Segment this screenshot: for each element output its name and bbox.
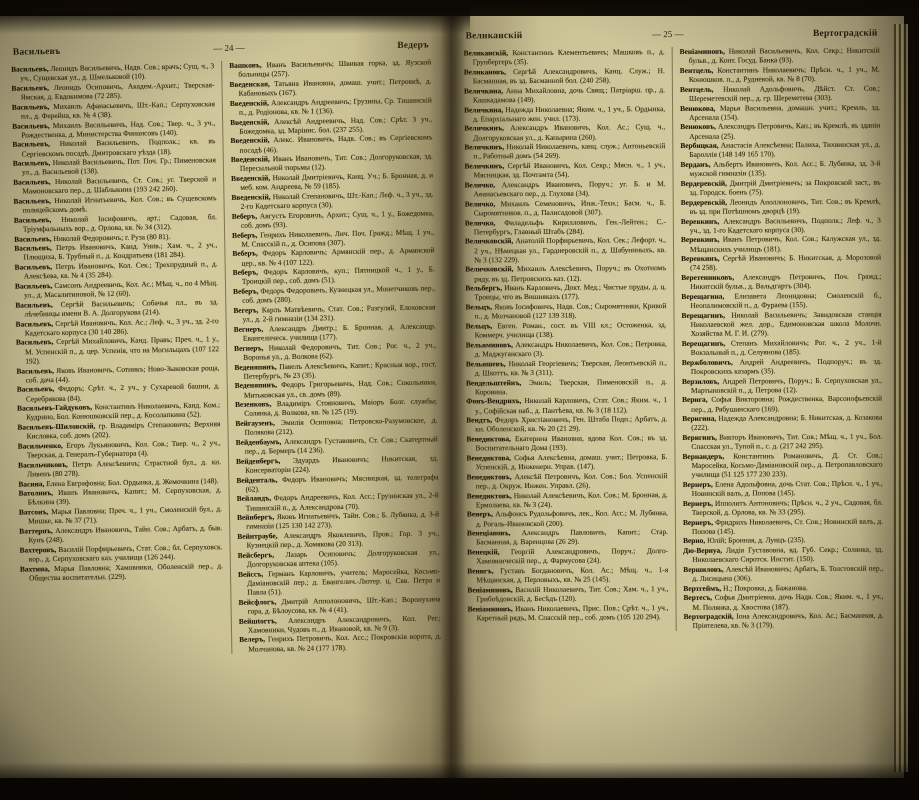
directory-entry: Вертесъ, Софья Дмитріевна, дочь Надв. Со… [683,592,883,612]
entry-surname: Верещагина, [681,292,724,301]
directory-entry: Вержболовичъ, Андрей Андреевичъ, Подпору… [682,356,882,376]
directory-entry: Венедиктовъ, Алексѣй Петровичъ, Кол. Сов… [467,471,668,491]
entry-surname: Величковскій, [465,237,513,246]
entry-surname: Веберъ, [232,211,258,220]
entry-surname: Васильевъ-Шиловскій, [17,421,95,431]
directory-entry: Великановъ, Сергѣй Александровичъ, Канц.… [464,66,665,86]
entry-surname: Вейденбаумъ, [236,437,282,447]
entry-surname: Венигъ, [467,566,493,575]
entry-surname: Величкинъ, [464,142,504,151]
entry-surname: Венюковъ, [680,122,716,131]
directory-entry: Вертоградскій, Іона Александровичъ, Кол.… [684,611,884,631]
entry-surname: Васильевъ, [15,281,53,291]
entry-surname: Дю-Вернуа, [683,546,722,555]
entry-surname: Веберъ, [233,287,259,296]
entry-surname: Веригина, [682,414,716,423]
entry-surname: Васильевъ, [14,243,52,253]
entry-surname: Вердеревскій, [681,197,727,206]
directory-entry: Вахтина, Марья Павловна; Хамовники, Обол… [20,561,223,583]
entry-surname: Васильевъ, [12,102,50,112]
entry-surname: Введенскій, [230,117,269,127]
page-content: Великанскій — 25 — Вертоградскій Великан… [464,28,885,746]
entry-surname: Вельцъ, [466,321,493,330]
top-shadow-right [470,0,919,16]
directory-entry: Вельяминовъ, Александръ Николаевичъ, Кол… [466,339,667,359]
directory-entry: Вельцъ, Евген. Роман., сост. въ VIII кл.… [466,320,667,340]
directory-entry: Верещагина, Елизавета Леонидовна; Смолен… [681,291,881,311]
page-24: Васильевъ — 24 — Ведеръ Васильевъ, Леони… [0,16,452,778]
photo-background: Васильевъ — 24 — Ведеръ Васильевъ, Леони… [0,0,919,800]
columns: Васильевъ, Леонидъ Васильевичъ, Надв. Со… [11,57,441,658]
entry-surname: Вернеръ, [683,517,713,526]
entry-surname: Вейсфлогъ, [238,597,276,607]
directory-entry: Вердеревскій, Дмитрій Дмитріевичъ; за По… [681,177,881,197]
directory-entry: Величковскій, Анатолій Порфирьевичъ, Кол… [465,235,666,264]
entry-surname: Васильевъ, [12,121,50,131]
entry-surname: Веревкинъ, [681,254,720,263]
entry-surname: Вейденбергъ, [236,456,280,466]
entry-surname: Вельяшевъ, [466,359,506,368]
directory-entry: Величкинъ, Николай Николаевичъ, канц. сл… [464,141,665,161]
entry-surname: Вертесъ, [683,593,712,602]
page-stack-edge [893,24,908,772]
entry-surname: Вашковъ, [229,60,262,70]
entry-surname: Вендтъ, [466,415,492,424]
entry-surname: Величко, [465,218,496,227]
entry-surname: Веревкинъ, [681,216,720,225]
entry-surname: Вербицкая, [680,141,718,150]
entry-surname: Васильевъ, [15,300,53,310]
entry-surname: Васильевъ-Гайдуковъ, [17,403,92,413]
entry-surname: Вердеревскій, [681,179,727,188]
entry-surname: Веригинъ, [682,433,717,442]
entry-surname: Введенскій, [230,98,269,108]
entry-surname: Величкина, [464,86,503,95]
entry-surname: Васильевъ, [16,319,54,329]
entry-surname: Величкинъ, [464,161,504,170]
directory-entry: Венюкова, Марья Васильевна, домашн. учит… [680,102,880,122]
entry-surname: Веберъ, [232,230,258,239]
entry-surname: Вендельштейнъ, [466,378,521,387]
directory-entry: Вентцель, Николай Адольфовичъ, Дѣйст. Ст… [680,83,880,103]
page-number: — 25 — [522,28,813,40]
running-head: Великанскій — 25 — Вертоградскій [466,28,878,42]
entry-surname: Веревкинъ, [681,235,720,244]
entry-surname: Верещагинъ, [682,338,726,347]
directory-entry: Веніаминовъ, Василій Николаевичъ, Тит. С… [467,584,668,604]
directory-entry: Вердеревскій, Леонидъ Аполлоновичъ, Тит.… [681,196,881,216]
entry-surname: Васильевъ, [13,158,51,168]
entry-surname: Верданъ, [680,160,710,169]
entry-surname: Вернеръ, [683,480,713,489]
entry-surname: Венедиктова, [466,434,511,443]
entry-surname: Вельцъ, [465,302,492,311]
entry-surname: Венеръ, [467,510,493,519]
page-content: Васильевъ — 24 — Ведеръ Васильевъ, Леони… [11,39,443,761]
entry-surname: Вентцель, [680,84,714,93]
directory-entry: Веретенниковъ, Александръ Петровичъ, Поч… [681,272,881,292]
directory-entry: Веревкинъ, Сергѣй Ивановичъ; Б. Никитска… [681,253,881,273]
page-25: Великанскій — 25 — Вертоградскій Великан… [452,16,904,778]
directory-entry: Венедиктова, Екатерина Ивановна, вдова К… [466,433,667,453]
directory-entry: Верещагинъ, Степанъ Михайловичъ; Рог. ч.… [682,337,882,357]
entry-surname: Вахтина, [20,564,50,574]
entry-surname: Веденяпинъ, [234,362,276,372]
directory-entry: Верига, Софья Викторовна; Рождественка, … [682,394,882,414]
directory-entry: Вернеръ, Елена Адольфовна, дочь Стат. Со… [683,478,883,498]
entry-surname: Вейденталь, [236,475,277,485]
entry-surname: Величкина, [464,105,503,114]
entry-surname: Введенскій, [231,154,270,164]
entry-surname: Веніаминовъ, [467,585,512,594]
entry-surname: Великанскій, [464,48,508,57]
entry-surname: Веберъ, [233,268,259,277]
directory-entry: Венеціановъ, Александръ Павловичъ, Капит… [467,527,668,547]
entry-surname: Васильевъ, [11,83,49,93]
entry-surname: Вельбергъ, [465,283,502,292]
entry-surname: Величко, [465,180,496,189]
entry-surname: Вержболовичъ, [682,357,733,366]
column-1: Васильевъ, Леонидъ Васильевичъ, Надв. Со… [11,61,230,583]
directory-entry: Веригинъ, Викторъ Ивановичъ, Тит. Сов.; … [682,432,882,452]
entry-surname: Вейссъ, [238,569,263,578]
entry-surname: Вейшtorтъ, [239,616,277,626]
directory-entry: Дю-Вернуа, Лидія Густавовна, вд. Губ. Се… [683,545,883,565]
directory-entry: Великанскій, Константинъ Клементьевичъ; … [464,47,665,67]
directory-entry: Венедиктовъ, Николай Алексѣевичъ, Кол. С… [467,490,668,510]
entry-surname: Венюкова, [680,103,715,112]
directory-entry: Веніаминовъ, Иванъ Николаевичъ, Прис. По… [468,603,669,623]
entry-surname: Венедиктовъ, [467,472,512,481]
directory-entry: Верданъ, Альбертъ Ивановичъ, Кол. Асс.; … [680,159,880,179]
entry-surname: Везенковъ, [235,399,272,409]
entry-surname: Вельяминовъ, [466,340,513,349]
directory-entry: Венюковъ, Александръ Петровичъ, Кап.; въ… [680,121,880,141]
directory-entry: Веригина, Надежда Александровна; Б. Ники… [682,413,882,433]
entry-surname: Ватолинъ, [19,488,54,498]
entry-surname: Великановъ, [464,67,506,76]
entry-surname: Ваттернъ, [19,526,53,536]
entry-surname: Введенскій, [230,136,269,146]
directory-entry: Вельяшевъ, Николай Георгіевичъ; Тверская… [466,358,667,378]
entry-surname: Вахтеровъ, [19,545,56,555]
entry-surname: Венедиктовъ, [467,491,512,500]
top-shadow-left [0,0,470,34]
entry-surname: Васильевъ, [15,262,53,272]
entry-surname: Венеціановъ, [467,528,511,537]
entry-surname: Вейландъ, [237,494,272,504]
directory-entry: Вендельштейнъ, Эмиль; Тверская, Пименовс… [466,377,667,397]
column-2: Вашковъ, Иванъ Васильевичъ; Швивая горка… [221,57,441,654]
directory-entry: Венецкій, Георгій Александровичъ, Поруч.… [467,546,668,566]
entry-surname: Вернандеръ, [682,452,724,461]
entry-surname: Венецкій, [467,547,499,556]
entry-surname: Васильевъ, [13,177,51,187]
entry-surname: Вегеръ, [233,305,258,314]
directory-entry: Веніаминовъ, Николай Васильевичъ, Кол. С… [680,46,880,66]
running-head-right: Ведеръ [397,40,429,51]
entry-surname: Введенскій, [231,173,270,183]
directory-entry: Васильевъ, Сергѣй Михайловичъ, Канд. Пра… [16,335,219,366]
entry-surname: Вейнбергъ, [237,512,274,522]
directory-entry: Венедиктова, Софья Алексѣевна, домаш. уч… [466,452,667,472]
entry-surname: Веніаминовъ, [468,604,513,613]
entry-surname: Венедиктова, [466,453,511,462]
entry-surname: Вентцель, [680,66,714,75]
directory-entry: Вейссъ, Германъ Карловичъ, учитель; Маро… [238,566,440,597]
book-spread: Васильевъ — 24 — Ведеръ Васильевъ, Леони… [0,16,906,778]
entry-surname: Веніаминовъ, [680,47,725,56]
entry-surname: Величкинъ, [464,124,504,133]
entry-surname: Васильченко, [18,441,63,451]
entry-surname: Васильевъ, [12,139,50,149]
entry-surname: Васильевъ, [11,64,49,74]
column-1: Великанскій, Константинъ Клементьевичъ; … [464,47,676,623]
directory-entry: Венигъ, Густавъ Богдановичъ, Кол. Ас.; М… [467,565,668,585]
directory-entry: Вельцъ, Яковъ Іосифовичъ, Надв. Сов.; Сы… [465,301,666,321]
directory-entry: Величкина, Надежда Николаевна; Яким. ч.,… [464,104,665,124]
entry-surname: Васина, [18,479,44,488]
bottom-shadow [0,762,919,800]
entry-surname: Вейнтраубе, [237,531,277,541]
entry-surname: Велеръ, [239,635,265,644]
entry-surname: Верно, [683,536,705,545]
directory-entry: Вернандеръ, Константинъ Романовичъ, Д. С… [682,450,882,479]
directory-entry: Веревкинъ, Иванъ Петровичъ, Кол. Сов.; К… [681,234,881,254]
running-head-left: Васильевъ [13,47,61,58]
directory-entry: Веревкинъ, Александръ Васильевичъ, Подпо… [681,215,881,235]
entry-surname: Васильевъ, [14,215,52,225]
directory-entry: Вернеръ, Ипполитъ Антоновичъ; Прѣсн. ч.,… [683,497,883,517]
entry-surname: Веретенниковъ, [681,273,734,282]
directory-entry: Верзиловъ, Андрей Петровичъ, Поруч.; Б. … [682,375,882,395]
entry-surname: Васильевъ, [16,338,54,348]
entry-surname: Вернеръ, [683,498,713,507]
directory-entry: Вельбергъ, Иванъ Карловичъ, Докт. Мед.; … [465,282,666,302]
entry-surname: Веденяпинъ, [235,380,277,390]
entry-surname: Вейсбергъ, [238,550,274,560]
directory-entry: Венеръ, Альфонсъ Рудольфовичъ, лек., Кол… [467,508,668,528]
entry-surname: Васильевъ, [17,384,55,394]
entry-surname: Верзиловъ, [682,376,719,385]
entry-surname: Васильевъ, [16,366,54,376]
entry-surname: Васильевъ, [13,196,51,206]
entry-surname: Вершиловъ, [683,565,724,574]
entry-surname: Величко, [465,199,496,208]
entry-surname: Верига, [682,395,708,404]
directory-entry: Величковскій, Михаилъ Алексѣевичъ, Поруч… [465,264,666,284]
directory-entry: Величко, Александръ Ивановичъ, Поруч.; у… [465,179,666,199]
running-head-left: Великанскій [466,31,523,41]
entry-surname: Васильчиковъ, [18,460,68,470]
directory-entry: Верещагинъ, Николай Васильевичъ; Завидов… [681,309,881,338]
entry-surname: Введенскій, [231,192,270,202]
entry-surname: Вейгаузенъ, [235,418,275,428]
entry-surname: Ватсонъ, [19,507,49,517]
gutter-shadow [440,16,466,778]
directory-entry: Величко, Михаилъ Семеновичъ, Инж.-Техн.;… [465,198,666,218]
directory-entry: Величкина, Анна Михайловна, дочь Свящ.; … [464,85,665,105]
directory-entry: Величкинъ, Александръ Ивановичъ, Кол. Ас… [464,122,665,142]
entry-surname: Васильевъ, [14,234,52,244]
entry-surname: Введенская, [229,79,270,89]
running-head-right: Вертоградскій [813,29,878,39]
entry-surname: Верещагинъ, [681,310,725,319]
directory-entry: Вершиловъ, Алексѣй Ивановичъ; Арбатъ, Б.… [683,563,883,583]
entry-surname: Вегнеръ, [234,343,264,353]
directory-entry: Фонъ-Вендрихъ, Николай Карловичъ, Стат. … [466,395,667,415]
entry-surname: Вегнеръ, [234,324,264,334]
entry-surname: Вертгеймъ, [683,583,721,592]
directory-entry: Вербицкая, Анастасія Алексѣевна; Палиха,… [680,140,880,160]
directory-entry: Величко, Филадельфъ Кирилловичъ, Ген.-Ле… [465,217,666,237]
column-2: Веніаминовъ, Николай Васильевичъ, Кол. С… [672,46,884,632]
directory-entry: Вентцель, Константинъ Николаевичъ; Прѣсн… [680,64,880,84]
directory-entry: Вендтъ, Федоръ Христіановичъ, Ген. Штаба… [466,414,667,434]
entry-surname: Веберъ, [232,249,258,258]
entry-surname: Величковскій, [465,265,513,274]
entry-surname: Вертоградскій, [684,612,734,621]
directory-entry: Велеръ, Генрихъ Петровичъ, Кол. Асс.; По… [239,632,441,654]
directory-entry: Величкинъ, Сергѣй Ивановичъ, Кол. Секр.;… [464,160,665,180]
directory-entry: Вернеръ, Фридрихъ Николаевичъ, Ст. Сов.;… [683,516,883,536]
entry-surname: Фонъ-Вендрихъ, [466,396,521,405]
columns: Великанскій, Константинъ Клементьевичъ; … [464,46,884,633]
